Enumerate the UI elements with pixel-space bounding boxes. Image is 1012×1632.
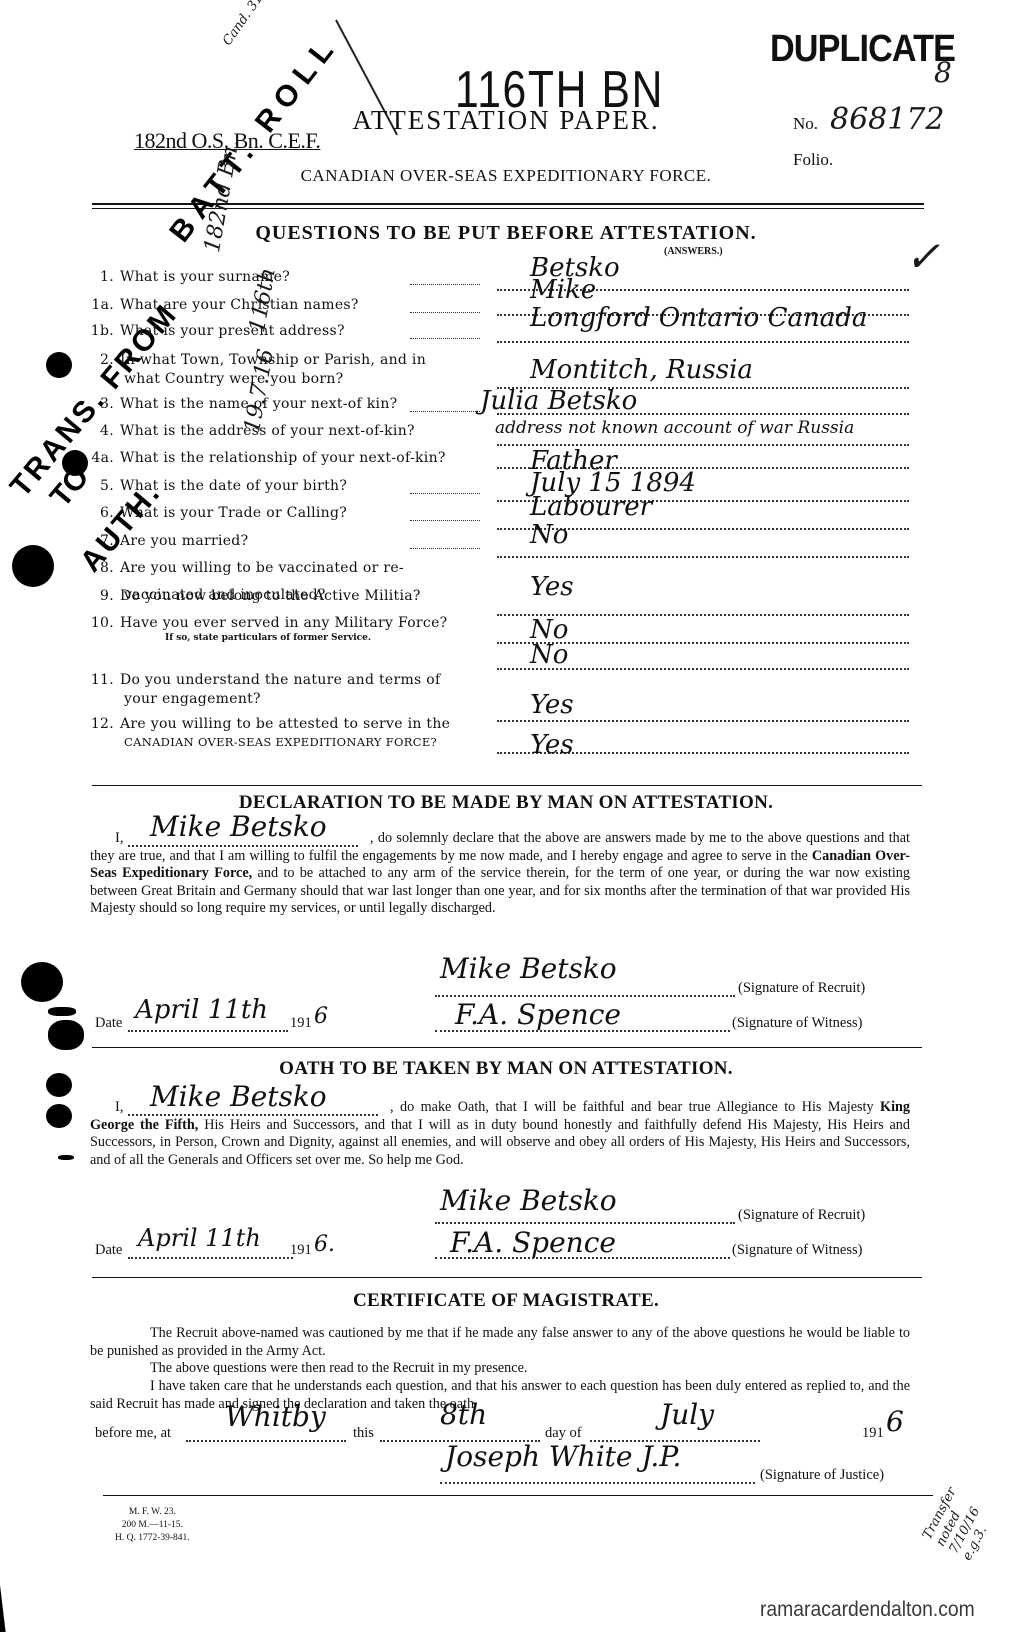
footer-rule <box>103 1495 933 1496</box>
question-number: 4a. <box>88 450 114 466</box>
question-number: 3. <box>88 396 114 412</box>
question-text: In what Town, Township or Parish, and in <box>120 352 426 368</box>
oath-recruit-label: (Signature of Recruit) <box>738 1207 865 1224</box>
punch-hole-3 <box>12 545 54 587</box>
answer-value: No <box>530 640 568 670</box>
question-text-continued: what Country were you born? <box>124 371 343 387</box>
oath-date-line <box>128 1257 293 1259</box>
question-row: 8.Are you willing to be vaccinated or re… <box>88 560 404 576</box>
answer-line <box>497 341 909 343</box>
question-text: What is the relationship of your next-of… <box>120 450 446 466</box>
answer-value: Julia Betsko <box>480 386 637 416</box>
watermark: ramaracardendalton.com <box>760 1598 975 1622</box>
question-text: Are you willing to be attested to serve … <box>120 716 450 732</box>
oath-text-1: , do make Oath, that I will be faithful … <box>390 1099 880 1115</box>
punch-hole-1 <box>46 352 72 378</box>
question-row: 1b.What is your present address? <box>88 323 345 339</box>
certificate-before-label: before me, at <box>95 1425 171 1442</box>
question-number: 2. <box>88 352 114 368</box>
answers-label: (ANSWERS.) <box>664 246 723 257</box>
certificate-place-line <box>186 1440 346 1442</box>
question-text: What are your Christian names? <box>120 297 359 313</box>
question-text: Do you now belong to the Active Militia? <box>120 588 421 604</box>
question-text: Do you understand the nature and terms o… <box>120 672 440 688</box>
regimental-number: 868172 <box>830 102 945 137</box>
oath-date-value: April 11th <box>138 1224 261 1252</box>
certificate-heading: CERTIFICATE OF MAGISTRATE. <box>0 1290 1012 1312</box>
answer-line <box>497 556 909 558</box>
force-name: CANADIAN OVER-SEAS EXPEDITIONARY FORCE. <box>0 166 1012 186</box>
question-number: 12. <box>88 716 114 732</box>
certificate-para-3: I have taken care that he understands ea… <box>90 1378 910 1413</box>
declaration-witness-label: (Signature of Witness) <box>732 1015 862 1032</box>
certificate-this-label: this <box>353 1425 374 1442</box>
question-number: 7. <box>88 533 114 549</box>
declaration-date-label: Date <box>95 1015 122 1032</box>
punch-hole-5 <box>48 1020 84 1050</box>
question-row: 4a.What is the relationship of your next… <box>88 450 446 466</box>
oath-witness-label: (Signature of Witness) <box>732 1242 862 1259</box>
question-row: 9.Do you now belong to the Active Militi… <box>88 588 421 604</box>
question-row: 7.Are you married? <box>88 533 248 549</box>
declaration-recruit-line <box>435 995 735 997</box>
punch-hole-2 <box>62 450 88 476</box>
question-text: What is the address of your next-of-kin? <box>120 423 415 439</box>
question-row: 2.In what Town, Township or Parish, and … <box>88 352 426 368</box>
certificate-day: 8th <box>440 1398 487 1431</box>
number-label: No. <box>793 114 818 134</box>
question-number: 4. <box>88 423 114 439</box>
answer-value: address not known account of war Russia <box>495 418 854 438</box>
answer-value: Yes <box>530 690 574 720</box>
question-number: 1. <box>88 269 114 285</box>
question-row: 3.What is the name of your next-of kin? <box>88 396 397 412</box>
question-text: What is your surname? <box>120 269 290 285</box>
certificate-para-1: The Recruit above-named was cautioned by… <box>90 1325 910 1360</box>
question-text-continued: CANADIAN OVER-SEAS EXPEDITIONARY FORCE? <box>124 735 437 749</box>
certificate-place: Whitby <box>225 1400 326 1433</box>
question-leader-dots <box>410 548 480 549</box>
oath-year-hand: 6. <box>314 1232 335 1257</box>
punch-hole-4 <box>21 962 63 1002</box>
question-text: Are you willing to be vaccinated or re- <box>120 560 404 576</box>
answer-line <box>497 720 909 722</box>
certificate-year-print: 191 <box>862 1425 884 1442</box>
declaration-recruit-signature: Mike Betsko <box>440 952 617 985</box>
punch-hole-6 <box>46 1073 72 1097</box>
question-leader-dots <box>410 312 480 313</box>
answer-value: Yes <box>530 572 574 602</box>
form-code-line-1: M. F. W. 23. <box>115 1506 190 1519</box>
certificate-rule <box>92 1277 922 1278</box>
question-row: 12.Are you willing to be attested to ser… <box>88 716 450 732</box>
question-row: 4.What is the address of your next-of-ki… <box>88 423 415 439</box>
declaration-date-value: April 11th <box>135 995 268 1025</box>
question-number: 10. <box>88 615 114 631</box>
answer-value: Mike <box>530 275 596 305</box>
form-code-line-3: H. Q. 1772-39-841. <box>115 1532 190 1545</box>
question-number: 6. <box>88 505 114 521</box>
declaration-text-1: , do solemnly declare that the above are… <box>90 830 910 864</box>
declaration-text: , do solemnly declare that the above are… <box>90 830 910 918</box>
question-number: 1a. <box>88 297 114 313</box>
folio-label: Folio. <box>793 150 833 170</box>
question-leader-dots <box>410 493 480 494</box>
question-leader-dots <box>410 520 480 521</box>
declaration-year-hand: 6 <box>314 1004 328 1029</box>
page-edge-shadow <box>0 1585 6 1632</box>
oath-recruit-signature: Mike Betsko <box>440 1184 617 1217</box>
oath-rule <box>92 1047 922 1048</box>
punch-hole-7 <box>46 1104 72 1128</box>
question-text: Are you married? <box>120 533 248 549</box>
question-text-continued: your engagement? <box>124 691 261 707</box>
question-leader-dots <box>410 284 480 285</box>
question-leader-dots <box>410 338 480 339</box>
margin-note: Transfer noted 7/10/16 e.g.3. <box>920 1456 1012 1564</box>
answer-value: No <box>530 520 568 550</box>
question-number: 11. <box>88 672 114 688</box>
ink-blot-1 <box>48 1007 76 1016</box>
ink-blot-2 <box>58 1155 74 1160</box>
question-text: What is the date of your birth? <box>120 478 347 494</box>
duplicate-mark: 8 <box>934 56 952 89</box>
declaration-rule <box>92 785 922 786</box>
oath-year-print: 191 <box>290 1242 312 1259</box>
oath-recruit-line <box>435 1222 735 1224</box>
answer-value: Montitch, Russia <box>530 355 753 385</box>
answer-value: Labourer <box>530 492 652 522</box>
declaration-date-line <box>128 1030 288 1032</box>
question-number: 5. <box>88 478 114 494</box>
justice-signature: Joseph White J.P. <box>445 1440 681 1473</box>
question-number: 1b. <box>88 323 114 339</box>
questions-heading: QUESTIONS TO BE PUT BEFORE ATTESTATION. <box>0 222 1012 245</box>
check-mark: ✓ <box>905 232 940 281</box>
oath-date-label: Date <box>95 1242 122 1259</box>
certificate-month: July <box>660 1398 714 1431</box>
question-row: 1a.What are your Christian names? <box>88 297 359 313</box>
question-number: 8. <box>88 560 114 576</box>
declaration-year-print: 191 <box>290 1015 312 1032</box>
duplicate-stamp: DUPLICATE <box>770 28 955 71</box>
top-annotation: Cand. 31 O.M. 2.10.16 <box>220 0 317 49</box>
question-text: Have you ever served in any Military For… <box>120 615 447 631</box>
question-text: What is your present address? <box>120 323 345 339</box>
question-row: 5.What is the date of your birth? <box>88 478 347 494</box>
declaration-recruit-label: (Signature of Recruit) <box>738 980 865 997</box>
certificate-year-hand: 6 <box>886 1405 904 1438</box>
question-number: 9. <box>88 588 114 604</box>
oath-witness-signature: F.A. Spence <box>450 1226 616 1259</box>
justice-signature-label: (Signature of Justice) <box>760 1467 884 1484</box>
form-code: M. F. W. 23. 200 M.—11-15. H. Q. 1772-39… <box>115 1506 190 1545</box>
question-text: What is your Trade or Calling? <box>120 505 347 521</box>
declaration-witness-signature: F.A. Spence <box>455 998 621 1031</box>
question-leader-dots <box>410 411 480 412</box>
question-row: 11.Do you understand the nature and term… <box>88 672 440 688</box>
oath-text: , do make Oath, that I will be faithful … <box>90 1099 910 1169</box>
answer-value: Longford Ontario Canada <box>530 303 867 333</box>
oath-text-2: His Heirs and Successors, and that I wil… <box>90 1117 910 1168</box>
justice-signature-line <box>440 1482 755 1484</box>
question-row: 1.What is your surname? <box>88 269 290 285</box>
certificate-para-2: The above questions were then read to th… <box>90 1360 910 1378</box>
answer-value: Yes <box>530 730 574 760</box>
question-subnote: If so, state particulars of former Servi… <box>165 633 371 643</box>
oath-heading: OATH TO BE TAKEN BY MAN ON ATTESTATION. <box>0 1058 1012 1080</box>
question-row: 10.Have you ever served in any Military … <box>88 615 447 631</box>
form-code-line-2: 200 M.—11-15. <box>115 1519 190 1532</box>
question-text: What is the name of your next-of kin? <box>120 396 397 412</box>
question-row: 6.What is your Trade or Calling? <box>88 505 347 521</box>
